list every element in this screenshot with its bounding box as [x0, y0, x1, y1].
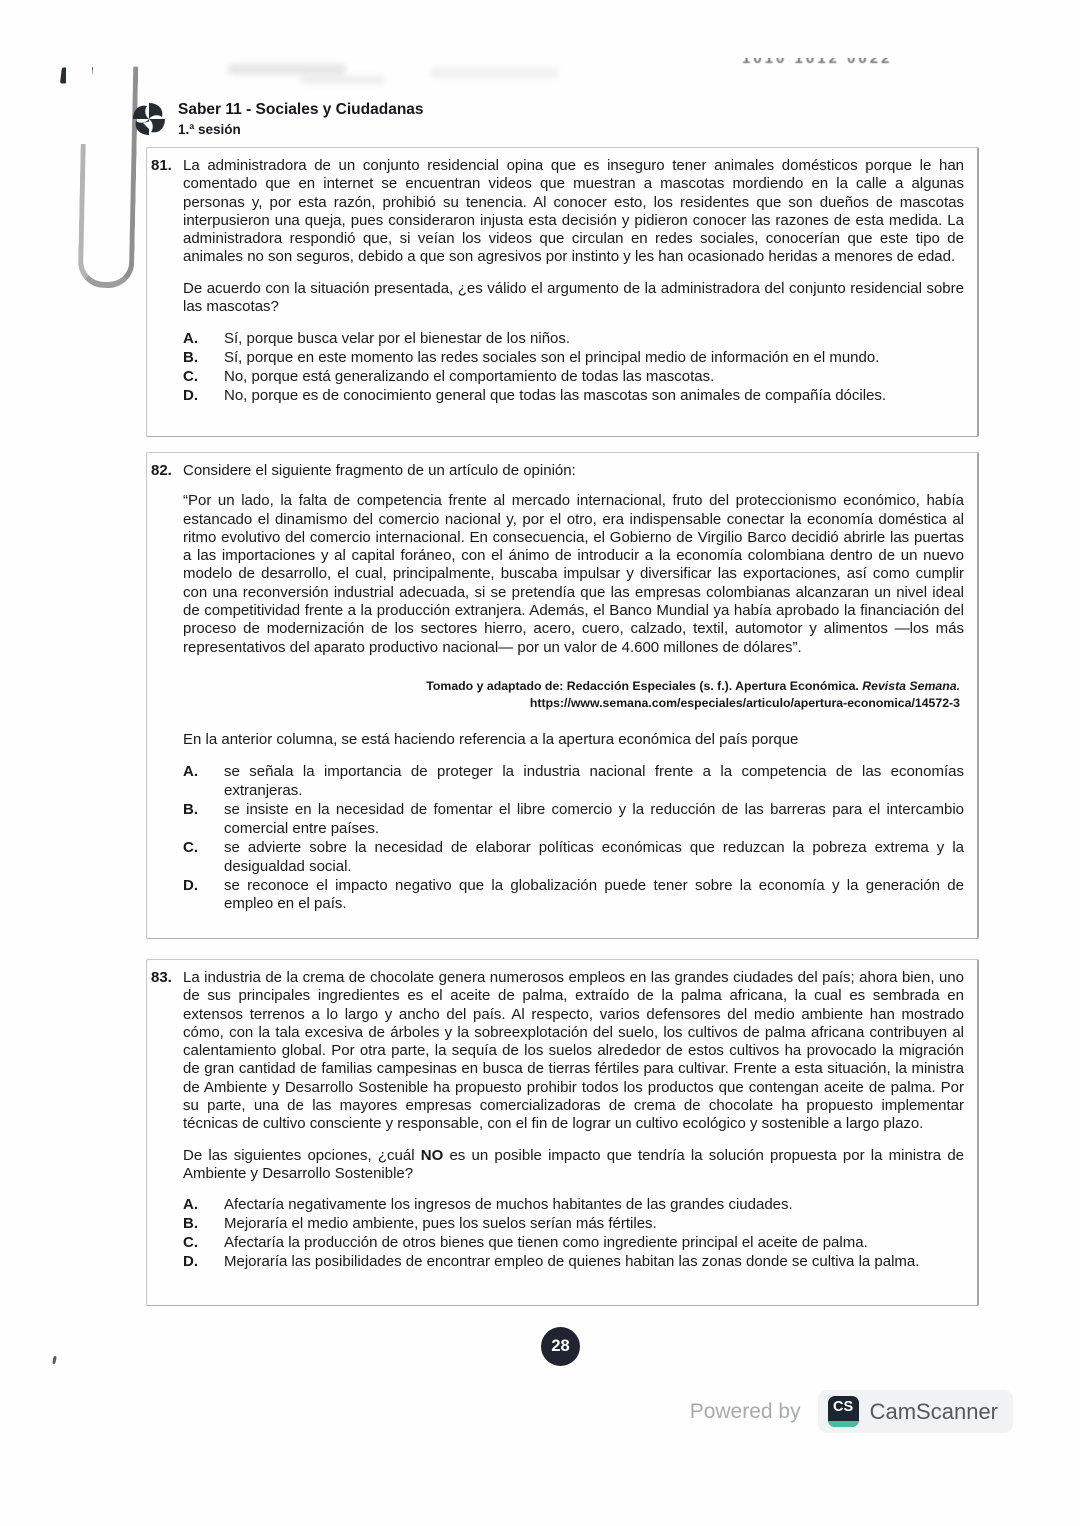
question-82-stem: En la anterior columna, se está haciendo… — [183, 731, 964, 749]
test-session: 1.ª sesión — [178, 122, 424, 137]
option-letter: C. — [183, 1234, 224, 1253]
option-text: No, porque es de conocimiento general qu… — [224, 387, 964, 406]
option-text: Mejoraría el medio ambiente, pues los su… — [224, 1215, 964, 1234]
question-82-options: A. se señala la importancia de proteger … — [183, 763, 964, 914]
option-text: se reconoce el impacto negativo que la g… — [224, 877, 964, 915]
camscanner-brand-label: CamScanner — [870, 1399, 998, 1425]
question-83-box: 83. La industria de la crema de chocolat… — [146, 959, 979, 1306]
question-81-box: 81. La administradora de un conjunto res… — [146, 147, 979, 437]
option-row: B. Mejoraría el medio ambiente, pues los… — [183, 1215, 964, 1234]
page-number-badge: 28 — [541, 1327, 580, 1366]
question-82-box: 82. Considere el siguiente fragmento de … — [146, 452, 979, 939]
option-letter: C. — [183, 368, 224, 387]
camscanner-logo-icon: CS — [828, 1396, 859, 1427]
attribution-url: https://www.semana.com/especiales/articu… — [183, 695, 960, 712]
option-text: se insiste en la necesidad de fomentar e… — [224, 801, 964, 839]
test-title: Saber 11 - Sociales y Ciudadanas — [178, 101, 424, 119]
question-82-intro: Considere el siguiente fragmento de un a… — [183, 462, 964, 480]
option-letter: B. — [183, 349, 224, 368]
question-83-number: 83. — [151, 969, 172, 987]
camscanner-pill: CS CamScanner — [818, 1390, 1013, 1433]
option-row: A. Sí, porque busca velar por el bienest… — [183, 330, 964, 349]
option-letter: A. — [183, 330, 224, 349]
header-text-block: Saber 11 - Sociales y Ciudadanas 1.ª ses… — [178, 101, 424, 137]
option-letter: B. — [183, 1215, 224, 1234]
question-83-options: A. Afectaría negativamente los ingresos … — [183, 1196, 964, 1272]
paper-clip-mask — [66, 58, 92, 144]
option-row: D. se reconoce el impacto negativo que l… — [183, 877, 964, 915]
option-letter: A. — [183, 763, 224, 801]
option-text: se advierte sobre la necesidad de elabor… — [224, 839, 964, 877]
stem-bold-no: NO — [421, 1147, 444, 1164]
attribution-text: Tomado y adaptado de: Redacción Especial… — [426, 679, 862, 693]
option-text: Afectaría la producción de otros bienes … — [224, 1234, 964, 1253]
option-row: C. No, porque está generalizando el comp… — [183, 368, 964, 387]
option-letter: A. — [183, 1196, 224, 1215]
powered-by-label: Powered by — [690, 1400, 801, 1424]
option-letter: B. — [183, 801, 224, 839]
option-row: B. Sí, porque en este momento las redes … — [183, 349, 964, 368]
test-header: Saber 11 - Sociales y Ciudadanas 1.ª ses… — [131, 101, 424, 137]
icfes-logo-icon — [131, 101, 167, 137]
question-81-stem: De acuerdo con la situación presentada, … — [183, 280, 964, 317]
cs-logo-text: CS — [828, 1399, 859, 1415]
camscanner-footer: Powered by CS CamScanner — [690, 1390, 1013, 1433]
scanned-exam-page: 1010 1012 0022 Saber 11 - Sociales y Ciu… — [0, 0, 1080, 1526]
option-text: Afectaría negativamente los ingresos de … — [224, 1196, 964, 1215]
option-row: D. Mejoraría las posibilidades de encont… — [183, 1253, 964, 1272]
question-83-body: La industria de la crema de chocolate ge… — [183, 969, 964, 1134]
scan-smudge — [228, 64, 346, 75]
question-81-options: A. Sí, porque busca velar por el bienest… — [183, 330, 964, 406]
option-row: A. Afectaría negativamente los ingresos … — [183, 1196, 964, 1215]
option-text: se señala la importancia de proteger la … — [224, 763, 964, 801]
option-text: Mejoraría las posibilidades de encontrar… — [224, 1253, 964, 1272]
question-83-stem: De las siguientes opciones, ¿cuál NO es … — [183, 1147, 964, 1184]
option-letter: D. — [183, 1253, 224, 1272]
question-82-number: 82. — [151, 462, 172, 480]
option-row: B. se insiste en la necesidad de fomenta… — [183, 801, 964, 839]
option-letter: D. — [183, 387, 224, 406]
option-row: C. se advierte sobre la necesidad de ela… — [183, 839, 964, 877]
cropped-header-digits: 1010 1012 0022 — [742, 58, 912, 74]
option-text: No, porque está generalizando el comport… — [224, 368, 964, 387]
option-row: D. No, porque es de conocimiento general… — [183, 387, 964, 406]
option-letter: D. — [183, 877, 224, 915]
question-81-body: La administradora de un conjunto residen… — [183, 157, 964, 267]
option-text: Sí, porque en este momento las redes soc… — [224, 349, 964, 368]
question-82-attribution: Tomado y adaptado de: Redacción Especial… — [183, 678, 964, 712]
scan-smudge — [430, 68, 558, 78]
option-row: A. se señala la importancia de proteger … — [183, 763, 964, 801]
attribution-source: Revista Semana. — [862, 679, 960, 693]
option-text: Sí, porque busca velar por el bienestar … — [224, 330, 964, 349]
option-letter: C. — [183, 839, 224, 877]
stem-text: De las siguientes opciones, ¿cuál — [183, 1147, 421, 1164]
scan-smudge — [300, 76, 386, 84]
question-82-quote: “Por un lado, la falta de competencia fr… — [183, 492, 964, 657]
scan-stray-mark — [52, 1356, 57, 1364]
question-81-number: 81. — [151, 157, 172, 175]
option-row: C. Afectaría la producción de otros bien… — [183, 1234, 964, 1253]
cs-logo-teal-strip — [828, 1421, 859, 1427]
